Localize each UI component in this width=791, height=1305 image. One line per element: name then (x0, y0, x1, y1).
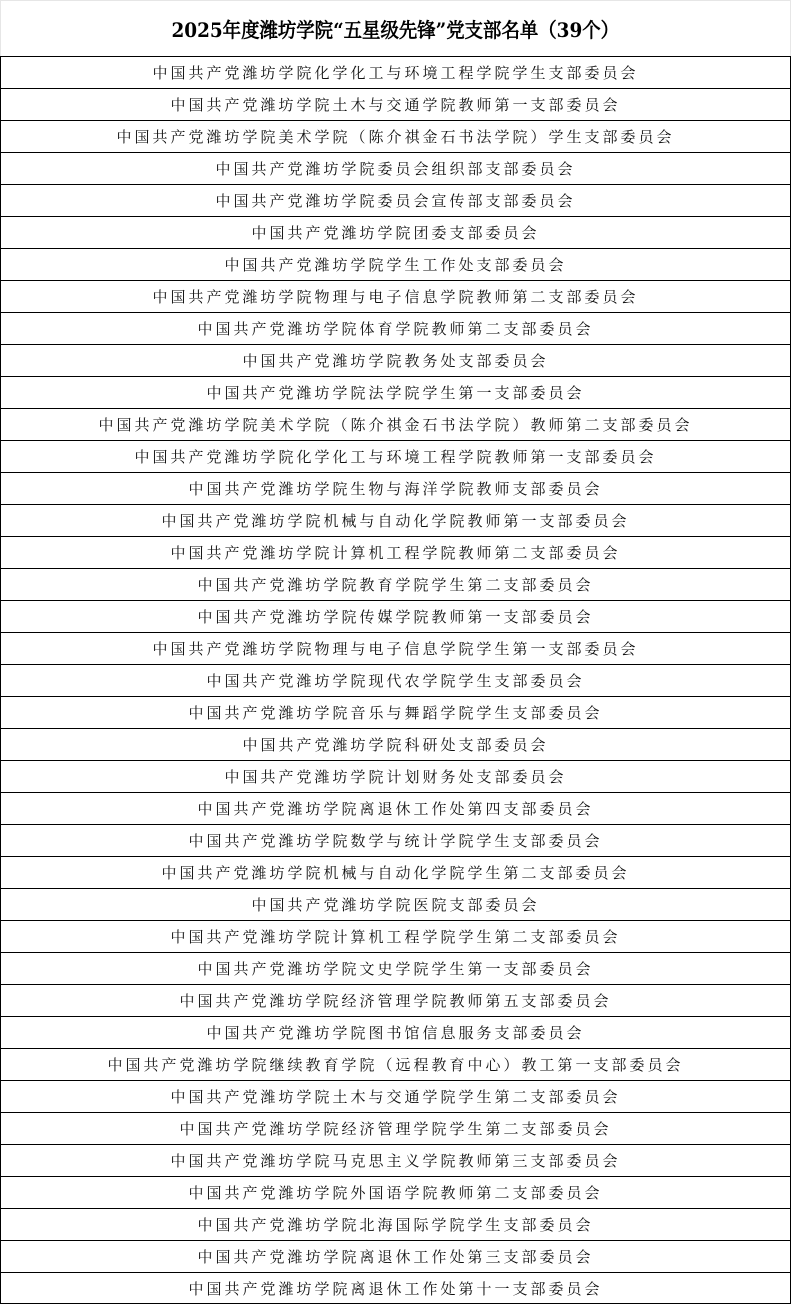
table-row: 中国共产党潍坊学院医院支部委员会 (1, 888, 790, 920)
branch-name: 中国共产党潍坊学院物理与电子信息学院学生第一支部委员会 (152, 638, 638, 659)
table-row: 中国共产党潍坊学院经济管理学院教师第五支部委员会 (1, 984, 790, 1016)
branch-name: 中国共产党潍坊学院生物与海洋学院教师支部委员会 (188, 478, 602, 499)
table-row: 中国共产党潍坊学院学生工作处支部委员会 (1, 248, 790, 280)
table-row: 中国共产党潍坊学院团委支部委员会 (1, 216, 790, 248)
table-row: 中国共产党潍坊学院机械与自动化学院教师第一支部委员会 (1, 504, 790, 536)
table-row: 中国共产党潍坊学院计算机工程学院教师第二支部委员会 (1, 536, 790, 568)
table-row: 中国共产党潍坊学院离退休工作处第十一支部委员会 (1, 1272, 790, 1304)
table-row: 中国共产党潍坊学院物理与电子信息学院学生第一支部委员会 (1, 632, 790, 664)
table-row: 中国共产党潍坊学院继续教育学院（远程教育中心）教工第一支部委员会 (1, 1048, 790, 1080)
branch-name: 中国共产党潍坊学院委员会宣传部支部委员会 (215, 190, 575, 211)
table-row: 中国共产党潍坊学院教务处支部委员会 (1, 344, 790, 376)
branch-name: 中国共产党潍坊学院法学院学生第一支部委员会 (206, 382, 584, 403)
branch-name: 中国共产党潍坊学院离退休工作处第四支部委员会 (197, 798, 593, 819)
branch-name: 中国共产党潍坊学院土木与交通学院学生第二支部委员会 (170, 1086, 620, 1107)
table-row: 中国共产党潍坊学院委员会宣传部支部委员会 (1, 184, 790, 216)
table-row: 中国共产党潍坊学院土木与交通学院学生第二支部委员会 (1, 1080, 790, 1112)
table-row: 中国共产党潍坊学院经济管理学院学生第二支部委员会 (1, 1112, 790, 1144)
table-row: 中国共产党潍坊学院化学化工与环境工程学院学生支部委员会 (1, 56, 790, 88)
branch-name: 中国共产党潍坊学院机械与自动化学院教师第一支部委员会 (161, 510, 629, 531)
page-title: 2025年度潍坊学院“五星级先锋”党支部名单（39个） (172, 14, 620, 43)
branch-name: 中国共产党潍坊学院现代农学院学生支部委员会 (206, 670, 584, 691)
table-row: 中国共产党潍坊学院化学化工与环境工程学院教师第一支部委员会 (1, 440, 790, 472)
table-row: 中国共产党潍坊学院美术学院（陈介祺金石书法学院）学生支部委员会 (1, 120, 790, 152)
branch-name: 中国共产党潍坊学院经济管理学院教师第五支部委员会 (179, 990, 611, 1011)
branch-name: 中国共产党潍坊学院外国语学院教师第二支部委员会 (188, 1182, 602, 1203)
branch-name: 中国共产党潍坊学院继续教育学院（远程教育中心）教工第一支部委员会 (107, 1054, 683, 1075)
branch-name: 中国共产党潍坊学院北海国际学院学生支部委员会 (197, 1214, 593, 1235)
table-row: 中国共产党潍坊学院土木与交通学院教师第一支部委员会 (1, 88, 790, 120)
table-row: 中国共产党潍坊学院生物与海洋学院教师支部委员会 (1, 472, 790, 504)
table-row: 中国共产党潍坊学院教育学院学生第二支部委员会 (1, 568, 790, 600)
branch-name: 中国共产党潍坊学院美术学院（陈介祺金石书法学院）教师第二支部委员会 (98, 414, 692, 435)
branch-name: 中国共产党潍坊学院经济管理学院学生第二支部委员会 (179, 1118, 611, 1139)
table-row: 中国共产党潍坊学院离退休工作处第三支部委员会 (1, 1240, 790, 1272)
title-cell: 2025年度潍坊学院“五星级先锋”党支部名单（39个） (0, 0, 791, 56)
branch-name: 中国共产党潍坊学院物理与电子信息学院教师第二支部委员会 (152, 286, 638, 307)
table-row: 中国共产党潍坊学院传媒学院教师第一支部委员会 (1, 600, 790, 632)
branch-name: 中国共产党潍坊学院团委支部委员会 (251, 222, 539, 243)
branch-name: 中国共产党潍坊学院科研处支部委员会 (242, 734, 548, 755)
branch-name: 中国共产党潍坊学院传媒学院教师第一支部委员会 (197, 606, 593, 627)
branch-name: 中国共产党潍坊学院离退休工作处第三支部委员会 (197, 1246, 593, 1267)
table-row: 中国共产党潍坊学院物理与电子信息学院教师第二支部委员会 (1, 280, 790, 312)
table-row: 中国共产党潍坊学院美术学院（陈介祺金石书法学院）教师第二支部委员会 (1, 408, 790, 440)
branch-name: 中国共产党潍坊学院教育学院学生第二支部委员会 (197, 574, 593, 595)
branch-name: 中国共产党潍坊学院计算机工程学院学生第二支部委员会 (170, 926, 620, 947)
branch-name: 中国共产党潍坊学院机械与自动化学院学生第二支部委员会 (161, 862, 629, 883)
table-row: 中国共产党潍坊学院数学与统计学院学生支部委员会 (1, 824, 790, 856)
branch-name: 中国共产党潍坊学院医院支部委员会 (251, 894, 539, 915)
branch-name: 中国共产党潍坊学院学生工作处支部委员会 (224, 254, 566, 275)
table-row: 中国共产党潍坊学院外国语学院教师第二支部委员会 (1, 1176, 790, 1208)
branch-name: 中国共产党潍坊学院化学化工与环境工程学院教师第一支部委员会 (134, 446, 656, 467)
table-row: 中国共产党潍坊学院现代农学院学生支部委员会 (1, 664, 790, 696)
table-row: 中国共产党潍坊学院文史学院学生第一支部委员会 (1, 952, 790, 984)
table-row: 中国共产党潍坊学院法学院学生第一支部委员会 (1, 376, 790, 408)
branch-name: 中国共产党潍坊学院体育学院教师第二支部委员会 (197, 318, 593, 339)
table-row: 中国共产党潍坊学院计算机工程学院学生第二支部委员会 (1, 920, 790, 952)
branch-name: 中国共产党潍坊学院土木与交通学院教师第一支部委员会 (170, 94, 620, 115)
branch-name: 中国共产党潍坊学院数学与统计学院学生支部委员会 (188, 830, 602, 851)
table-row: 中国共产党潍坊学院音乐与舞蹈学院学生支部委员会 (1, 696, 790, 728)
branch-name: 中国共产党潍坊学院美术学院（陈介祺金石书法学院）学生支部委员会 (116, 126, 674, 147)
branch-name: 中国共产党潍坊学院委员会组织部支部委员会 (215, 158, 575, 179)
branch-name: 中国共产党潍坊学院文史学院学生第一支部委员会 (197, 958, 593, 979)
branch-name: 中国共产党潍坊学院离退休工作处第十一支部委员会 (188, 1278, 602, 1299)
branch-name: 中国共产党潍坊学院马克思主义学院教师第三支部委员会 (170, 1150, 620, 1171)
table-row: 中国共产党潍坊学院机械与自动化学院学生第二支部委员会 (1, 856, 790, 888)
branch-name: 中国共产党潍坊学院化学化工与环境工程学院学生支部委员会 (152, 62, 638, 83)
branch-name: 中国共产党潍坊学院教务处支部委员会 (242, 350, 548, 371)
table-row: 中国共产党潍坊学院图书馆信息服务支部委员会 (1, 1016, 790, 1048)
table-row: 中国共产党潍坊学院体育学院教师第二支部委员会 (1, 312, 790, 344)
branch-name: 中国共产党潍坊学院计算机工程学院教师第二支部委员会 (170, 542, 620, 563)
table-row: 中国共产党潍坊学院科研处支部委员会 (1, 728, 790, 760)
table-row: 中国共产党潍坊学院计划财务处支部委员会 (1, 760, 790, 792)
table-row: 中国共产党潍坊学院马克思主义学院教师第三支部委员会 (1, 1144, 790, 1176)
table-row: 中国共产党潍坊学院北海国际学院学生支部委员会 (1, 1208, 790, 1240)
branch-list: 中国共产党潍坊学院化学化工与环境工程学院学生支部委员会 中国共产党潍坊学院土木与… (0, 56, 791, 1304)
branch-name: 中国共产党潍坊学院音乐与舞蹈学院学生支部委员会 (188, 702, 602, 723)
branch-name: 中国共产党潍坊学院计划财务处支部委员会 (224, 766, 566, 787)
branch-name: 中国共产党潍坊学院图书馆信息服务支部委员会 (206, 1022, 584, 1043)
table-row: 中国共产党潍坊学院委员会组织部支部委员会 (1, 152, 790, 184)
table-row: 中国共产党潍坊学院离退休工作处第四支部委员会 (1, 792, 790, 824)
